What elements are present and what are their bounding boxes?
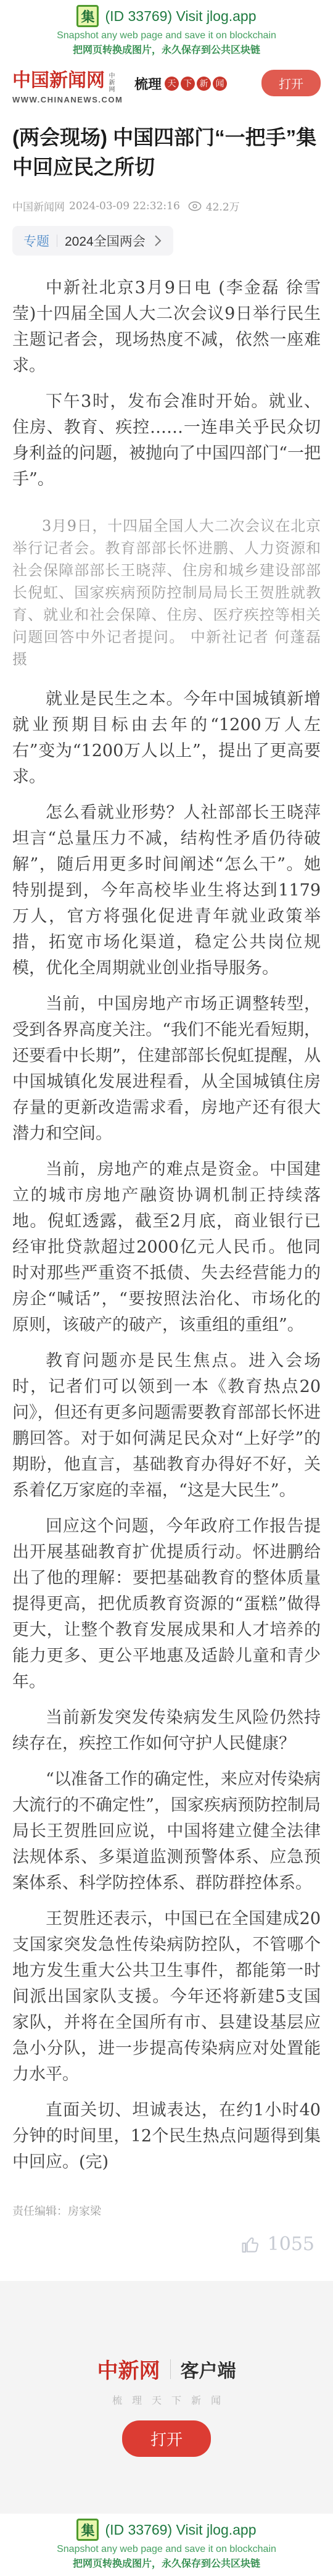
article-timestamp: 2024-03-09 22:32:16 <box>69 200 180 212</box>
article-meta: 中国新闻网 2024-03-09 22:32:16 42.2万 <box>12 198 321 214</box>
topic-label: 专题 <box>23 231 49 250</box>
article-source: 中国新闻网 <box>12 198 65 214</box>
promo-tagline-en: Snapshot any web page and save it on blo… <box>0 2544 333 2555</box>
article-title: (两会现场) 中国四部门“一把手”集中回应民之所切 <box>12 123 321 182</box>
logo-url: WWW.CHINANEWS.COM <box>12 95 126 104</box>
paragraph: “以准备工作的确定性，来应对传染病大流行的不确定性”，国家疾病预防控制局局长王贺… <box>12 1767 321 1896</box>
slogan-seals: 梳理 天 下 新 闻 <box>134 74 227 93</box>
promo-tagline-en: Snapshot any web page and save it on blo… <box>0 30 333 41</box>
app-logo-wordmark: 中新网 <box>97 2354 160 2384</box>
promo-banner-top: 集 (ID 33769) Visit jlog.app Snapshot any… <box>0 0 333 62</box>
jlog-app-icon: 集 <box>76 2519 99 2541</box>
photo-caption: 3月9日，十四届全国人大二次会议在北京举行记者会。教育部部长怀进鹏、人力资源和社… <box>12 515 321 670</box>
app-slogan: 梳理天下新闻 <box>0 2393 333 2407</box>
promo-link[interactable]: (ID 33769) Visit jlog.app <box>105 2522 256 2538</box>
article-body: 中新社北京3月9日电 (李金磊 徐雪莹)十四届全国人大二次会议9日举行民生主题记… <box>0 275 333 2175</box>
seal-char-2: 下 <box>181 77 195 91</box>
topic-divider <box>57 235 57 247</box>
like-count: 1055 <box>268 2233 314 2255</box>
like-row: 1055 <box>18 2233 314 2255</box>
app-footer: 中新网 客户端 梳理天下新闻 打开 <box>0 2281 333 2514</box>
seal-char-3: 新 <box>197 77 211 91</box>
paragraph: 当前，中国房地产市场正调整转型，受到各界高度关注。“我们不能光看短期，还要看中长… <box>12 991 321 1147</box>
logo-vertical-text: 中新网 <box>107 72 113 93</box>
paragraph: 回应这个问题，今年政府工作报告提出开展基础教育扩优提质行动。怀进鹏给出了他的理解… <box>12 1514 321 1695</box>
paragraph: 中新社北京3月9日电 (李金磊 徐雪莹)十四届全国人大二次会议9日举行民生主题记… <box>12 275 321 379</box>
jlog-app-icon: 集 <box>76 5 99 27</box>
seal-char-1: 天 <box>165 77 179 91</box>
paragraph: 教育问题亦是民生焦点。进入会场时，记者们可以领到一本《教育热点20问》，但还有更… <box>12 1348 321 1504</box>
chevron-right-icon <box>154 235 162 247</box>
promo-banner-bottom: 集 (ID 33769) Visit jlog.app Snapshot any… <box>0 2514 333 2576</box>
logo-wordmark: 中国新闻网 <box>12 71 105 91</box>
paragraph: 就业是民生之本。今年中国城镇新增就业预期目标由去年的“1200万人左右”变为“1… <box>12 686 321 790</box>
topic-name: 2024全国两会 <box>65 231 146 250</box>
thumbs-up-icon[interactable] <box>240 2234 261 2255</box>
chinanews-logo[interactable]: 中国新闻网 中新网 WWW.CHINANEWS.COM <box>12 71 126 104</box>
seal-char-4: 闻 <box>213 77 227 91</box>
site-header: 中国新闻网 中新网 WWW.CHINANEWS.COM 梳理 天 下 新 闻 打… <box>0 62 333 110</box>
views-eye-icon <box>188 201 202 211</box>
footer-open-app-button[interactable]: 打开 <box>122 2420 211 2457</box>
promo-link[interactable]: (ID 33769) Visit jlog.app <box>105 8 256 25</box>
app-logo-divider <box>170 2359 171 2379</box>
editor-credit: 责任编辑：房家梁 <box>12 2203 321 2219</box>
promo-tagline-zh: 把网页转换成图片，永久保存到公共区块链 <box>0 2556 333 2570</box>
paragraph: 王贺胜还表示，中国已在全国建成20支国家突发急性传染病防控队，不管哪个地方发生重… <box>12 1906 321 2088</box>
paragraph: 直面关切、坦诚表达，在约1小时40分钟的时间里，12个民生热点问题得到集中回应。… <box>12 2098 321 2175</box>
paragraph: 当前新发突发传染病发生风险仍然持续存在，疾控工作如何守护人民健康？ <box>12 1705 321 1757</box>
paragraph: 下午3时，发布会准时开始。就业、住房、教育、疾控……一连串关乎民众切身利益的问题… <box>12 389 321 493</box>
paragraph: 怎么看就业形势？人社部部长王晓萍坦言“总量压力不减，结构性矛盾仍待破解”，随后用… <box>12 800 321 982</box>
open-app-button[interactable]: 打开 <box>261 70 321 96</box>
slogan-prefix: 梳理 <box>134 74 162 93</box>
views-count: 42.2万 <box>206 198 240 214</box>
paragraph: 当前，房地产的难点是资金。中国建立的城市房地产融资协调机制正持续落地。倪虹透露，… <box>12 1157 321 1338</box>
app-logo-client: 客户端 <box>181 2356 236 2383</box>
app-logo: 中新网 客户端 <box>0 2354 333 2384</box>
promo-tagline-zh: 把网页转换成图片，永久保存到公共区块链 <box>0 42 333 56</box>
topic-chip[interactable]: 专题 2024全国两会 <box>12 226 173 256</box>
